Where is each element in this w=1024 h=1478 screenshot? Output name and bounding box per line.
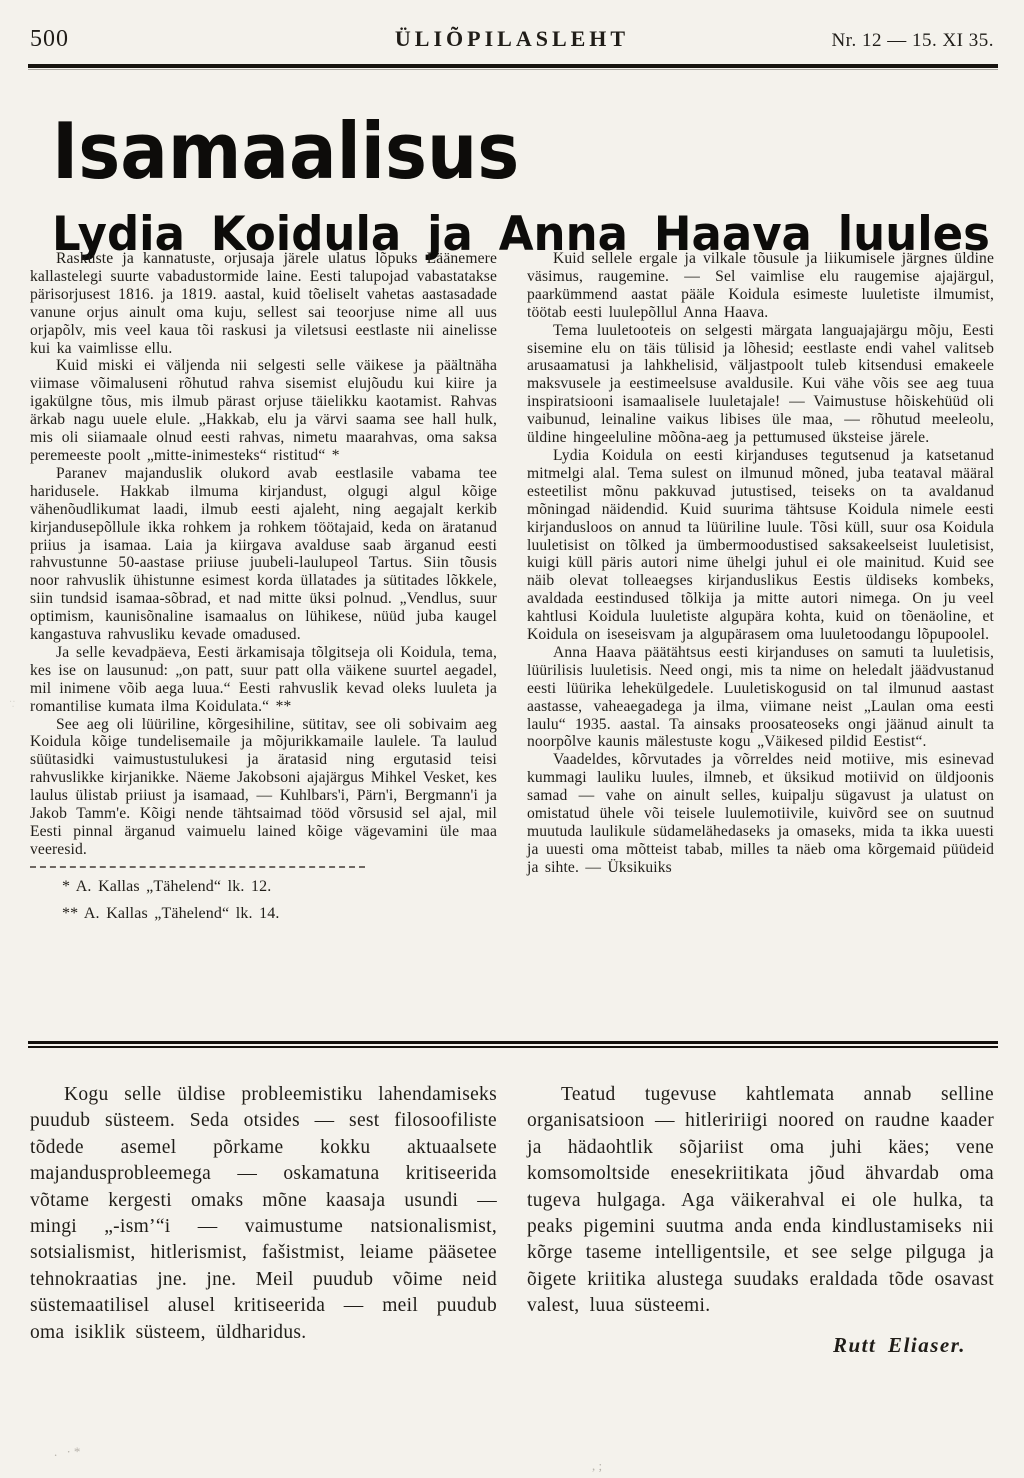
footnote: ** A. Kallas „Tähelend“ lk. 14. — [30, 900, 497, 927]
article-paragraph: Vaadeldes, kõrvutades ja võrreldes neid … — [527, 751, 994, 876]
article-paragraph: Kuid miski ei väljenda nii selgesti sell… — [30, 357, 497, 464]
article-paragraph: Kuid sellele ergale ja vilkale tõusule j… — [527, 250, 994, 322]
footnotes: * A. Kallas „Tähelend“ lk. 12. ** A. Kal… — [30, 873, 497, 927]
article-body: Raskuste ja kannatuste, orjusaja järele … — [30, 250, 994, 927]
article-paragraph: Paranev majanduslik olukord avab eestlas… — [30, 465, 497, 644]
masthead-title: ÜLIÕPILASLEHT — [30, 26, 994, 52]
article-paragraph: Lydia Koidula on eesti kirjanduses tegut… — [527, 447, 994, 644]
scan-artifact: : · — [8, 700, 18, 708]
article-paragraph: Kogu selle üldise probleemistiku lahenda… — [30, 1082, 497, 1346]
bottom-right-column: Teatud tugevuse kahtlemata annab selline… — [527, 1082, 994, 1358]
footnote: * A. Kallas „Tähelend“ lk. 12. — [30, 873, 497, 900]
footnote-rule — [30, 866, 365, 868]
article-paragraph: Tema luuletooteis on selgesti märgata la… — [527, 322, 994, 447]
bottom-left-column: Kogu selle üldise probleemistiku lahenda… — [30, 1082, 497, 1358]
article-paragraph: Raskuste ja kannatuste, orjusaja järele … — [30, 250, 497, 357]
section-divider-rule — [28, 1041, 998, 1048]
article-paragraph: Ja selle kevadpäeva, Eesti ärkamisaja tõ… — [30, 644, 497, 716]
article-headline: Isamaalisus — [52, 112, 519, 190]
article-left-column: Raskuste ja kannatuste, orjusaja järele … — [30, 250, 497, 927]
article-right-column: Kuid sellele ergale ja vilkale tõusule j… — [527, 250, 994, 927]
newspaper-page: 500 ÜLIÕPILASLEHT Nr. 12 — 15. XI 35. Is… — [0, 0, 1024, 1478]
header-rule — [28, 64, 998, 70]
article-paragraph: See aeg oli lüüriline, kõrgesihiline, sü… — [30, 716, 497, 859]
bottom-article: Kogu selle üldise probleemistiku lahenda… — [30, 1082, 994, 1358]
scan-artifact: . ·* — [54, 1444, 83, 1460]
author-signature: Rutt Eliaser. — [527, 1332, 994, 1358]
article-paragraph: Anna Haava päätähtsus eesti kirjanduses … — [527, 644, 994, 751]
scan-artifact: , ; — [592, 1458, 602, 1474]
article-paragraph: Teatud tugevuse kahtlemata annab selline… — [527, 1082, 994, 1320]
page-header: 500 ÜLIÕPILASLEHT Nr. 12 — 15. XI 35. — [30, 26, 994, 53]
